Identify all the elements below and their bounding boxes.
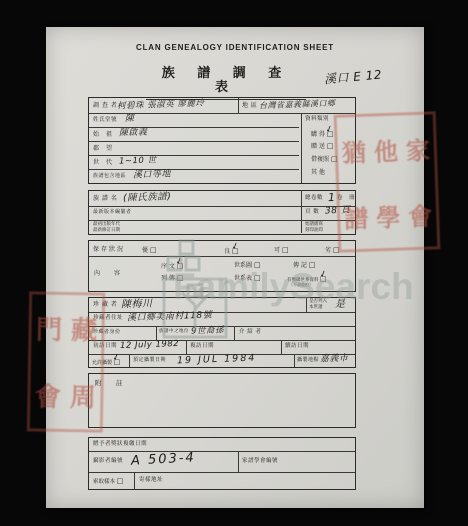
divider-line	[89, 472, 355, 473]
followup-visit-label: 續訪日期	[285, 344, 309, 350]
checkbox-glyph: □	[282, 246, 289, 254]
volumes-value: 1	[328, 192, 336, 203]
section-publication: 族 譜 名 (陳氏族譜) 最新版本編纂者 最初出版年代 最新修訂日期 總卷數 1…	[88, 190, 356, 235]
content-label: 內 容	[94, 271, 124, 277]
junwang-label: 郡 望	[93, 146, 113, 152]
founder-label: 始 祖	[93, 132, 113, 138]
check-mark: ✓	[112, 355, 115, 364]
divider-line	[238, 451, 239, 472]
handwritten-reference-number: 溪口 E 12	[324, 68, 383, 85]
checkbox-fair: 可 □	[274, 247, 289, 254]
position-in-genealogy-label: 族譜中之地位	[159, 330, 189, 335]
checkbox-donated-label: 贈 送	[311, 143, 325, 150]
checkbox-memoirs: 列 傳 □	[161, 275, 183, 282]
checkbox-filming-permitted-label: 允許攝製	[92, 360, 112, 366]
first-publication-label: 最初出版年代	[93, 223, 120, 228]
checkbox-pedigree-table: 世系表 □	[234, 275, 261, 282]
divider-line	[156, 326, 157, 340]
divider-line	[134, 472, 135, 489]
checkbox-pedigree-chart: 世系圖 □	[234, 262, 261, 269]
divider-line	[186, 340, 187, 354]
scanned-document-paper: CLAN GENEALOGY IDENTIFICATION SHEET 族 譜 …	[46, 27, 424, 508]
checkbox-excellent-label: 優	[142, 247, 148, 254]
checkbox-fair-label: 可	[274, 247, 280, 254]
first-visit-value: 12 July 1982	[120, 340, 179, 351]
numbered-pedigree-subnote: （不須重拍）	[289, 283, 313, 287]
checkbox-borrowed-copy: 借複照 □	[311, 156, 338, 163]
latest-editor-label: 最新版本編纂者	[93, 210, 132, 215]
divider-line	[301, 113, 302, 183]
divider-line	[294, 354, 295, 367]
donor-certificate-label: 贈予者獎狀複繳日期	[93, 442, 147, 448]
checkbox-glyph: □	[309, 261, 316, 269]
divider-line	[281, 340, 282, 354]
filming-place-value: 嘉義市	[320, 355, 349, 365]
divider-line	[301, 191, 302, 233]
checkbox-poor-label: 劣	[325, 247, 331, 254]
checkbox-memoirs-label: 列 傳	[161, 275, 175, 282]
surveyor-label: 調 查 者	[93, 103, 117, 109]
checkbox-other-label: 其 他	[311, 169, 325, 176]
checkbox-request-sample-label: 索取樣本	[93, 479, 115, 485]
checkbox-biography: 傳 記 □	[293, 262, 315, 269]
founder-value: 陳啟義	[119, 129, 148, 139]
photographer-number-value: A 503-4	[131, 451, 196, 467]
checkbox-good-label: 良	[224, 248, 230, 255]
area-value: 台灣省嘉義縣溪口鄉	[259, 100, 336, 111]
generations-label: 世 代	[93, 160, 113, 166]
checkbox-request-sample: 索取樣本 □	[93, 478, 123, 486]
introducer-label: 介 紹 者	[239, 330, 262, 336]
condition-label: 保存狀況	[93, 247, 125, 253]
section-identification: 調 查 者 柯碧珠 張淑英 廖麗玲 地 區 台灣省嘉義縣溪口鄉 姓氏堂號 陳 始…	[88, 97, 356, 184]
screenshot-root: { "header": { "eng_title": "CLAN GENEALO…	[0, 0, 468, 526]
listed-in-register-value: 是	[335, 300, 346, 310]
divider-line	[306, 298, 307, 312]
regions-covered-label: 族譜包含地區	[93, 174, 126, 179]
pages-value: 38 頁	[325, 207, 351, 217]
listed-in-register-label-line2: 本世譜	[309, 306, 323, 311]
listed-in-register-label-line1: 是否列入	[309, 300, 327, 305]
section-remarks: 附 註	[88, 373, 356, 428]
holder-value: 陳梅川	[121, 299, 153, 310]
print-type-label: 刻印油印	[305, 229, 323, 234]
divider-line	[129, 354, 130, 367]
checkbox-purchased-label: 購 得	[311, 131, 325, 138]
divider-line	[89, 220, 355, 221]
checkbox-pedigree-chart-label: 世系圖	[234, 262, 252, 269]
genealogy-title-label: 族 譜 名	[93, 196, 117, 202]
society-number-label: 家譜學會編號	[242, 459, 278, 465]
divider-line	[234, 326, 235, 340]
latest-revision-label: 最新修訂日期	[93, 229, 120, 234]
second-visit-label: 複訪日期	[190, 344, 214, 350]
checkbox-glyph: □	[333, 246, 340, 254]
checkbox-preface: 序 文 □✓	[161, 262, 183, 271]
checkbox-other: 其 他	[311, 170, 325, 176]
checkbox-glyph: □	[117, 477, 124, 485]
surveyor-value: 柯碧珠 張淑英 廖麗玲	[117, 99, 205, 111]
holder-label: 珍 藏 者	[93, 302, 117, 308]
divider-line	[89, 141, 299, 142]
check-mark: ✓	[175, 259, 178, 268]
checkbox-preface-label: 序 文	[161, 263, 175, 270]
section-condition-content: 保存狀況 優 □ 良 □✓ 可 □ 劣 □ 內 容 序 文 □✓ 世系圖 □ 傳…	[88, 240, 356, 292]
checkbox-biography-label: 傳 記	[293, 262, 307, 269]
checkbox-purchased: 購 得 □✓	[311, 130, 333, 139]
divider-line	[89, 206, 355, 207]
data-type-label: 資料類別	[305, 117, 329, 123]
position-in-genealogy-value: 9世裔孫	[191, 326, 224, 336]
photographer-number-label: 攝影者編號	[93, 459, 123, 465]
divider-line	[89, 256, 355, 257]
scheduled-filming-date-value: 19 JUL 1984	[177, 354, 257, 366]
checkbox-borrowed-copy-label: 借複照	[311, 156, 329, 163]
first-visit-label: 初訪日期	[93, 344, 117, 350]
divider-line	[89, 169, 299, 170]
holder-address-label: 珍藏者住址	[93, 316, 123, 322]
generations-value: 1~10 世	[119, 156, 157, 166]
checkbox-filming-permitted: 允許攝製 □✓	[92, 358, 120, 367]
checkbox-glyph: □	[331, 155, 338, 163]
genealogy-title-value: (陳氏族譜)	[123, 192, 172, 203]
document-chinese-title: 族 譜 調 查 表	[146, 67, 306, 100]
scheduled-filming-date-label: 預定攝製日期	[133, 358, 166, 363]
holder-role-label: 珍藏者身份	[93, 330, 121, 335]
holder-address-value: 溪口鄉美南村118號	[127, 312, 212, 324]
volumes-label: 總卷數	[305, 196, 323, 202]
pages-label: 頁 數	[305, 210, 319, 216]
checkbox-excellent: 優 □	[142, 247, 157, 254]
checkbox-glyph: □	[177, 274, 184, 282]
checkbox-glyph: □	[254, 274, 261, 282]
checkbox-donated: 贈 送 □	[311, 143, 333, 150]
checkbox-poor: 劣 □	[325, 247, 340, 254]
manuscript-label: 始譜繕寫	[305, 223, 323, 228]
mailing-address-label: 寄樣地址	[139, 478, 163, 484]
filming-place-label: 攝製地點	[297, 358, 319, 363]
area-label: 地 區	[242, 103, 257, 109]
regions-covered-value: 溪口等地	[133, 170, 171, 180]
checkbox-good: 良 □✓	[224, 247, 239, 256]
checkbox-glyph: □	[327, 142, 334, 150]
checkbox-glyph: □	[254, 261, 261, 269]
surname-hall-label: 姓氏堂號	[93, 118, 117, 124]
volumes-suffix: 卷 冊	[337, 196, 355, 202]
checkbox-pedigree-table-label: 世系表	[234, 275, 252, 282]
remarks-label: 附 註	[95, 380, 127, 387]
section-administrative: 贈予者獎狀複繳日期 攝影者編號 A 503-4 家譜學會編號 索取樣本 □ 寄樣…	[88, 437, 356, 490]
surname-hall-value: 陳	[125, 115, 135, 124]
divider-line	[238, 98, 239, 113]
check-mark: ✓	[325, 127, 328, 136]
document-english-title: CLAN GENEALOGY IDENTIFICATION SHEET	[46, 43, 424, 52]
checkbox-glyph: □	[150, 246, 157, 254]
section-holder: 珍 藏 者 陳梅川 是否列入 本世譜 是 珍藏者住址 溪口鄉美南村118號 珍藏…	[88, 297, 356, 368]
divider-line	[89, 451, 355, 452]
